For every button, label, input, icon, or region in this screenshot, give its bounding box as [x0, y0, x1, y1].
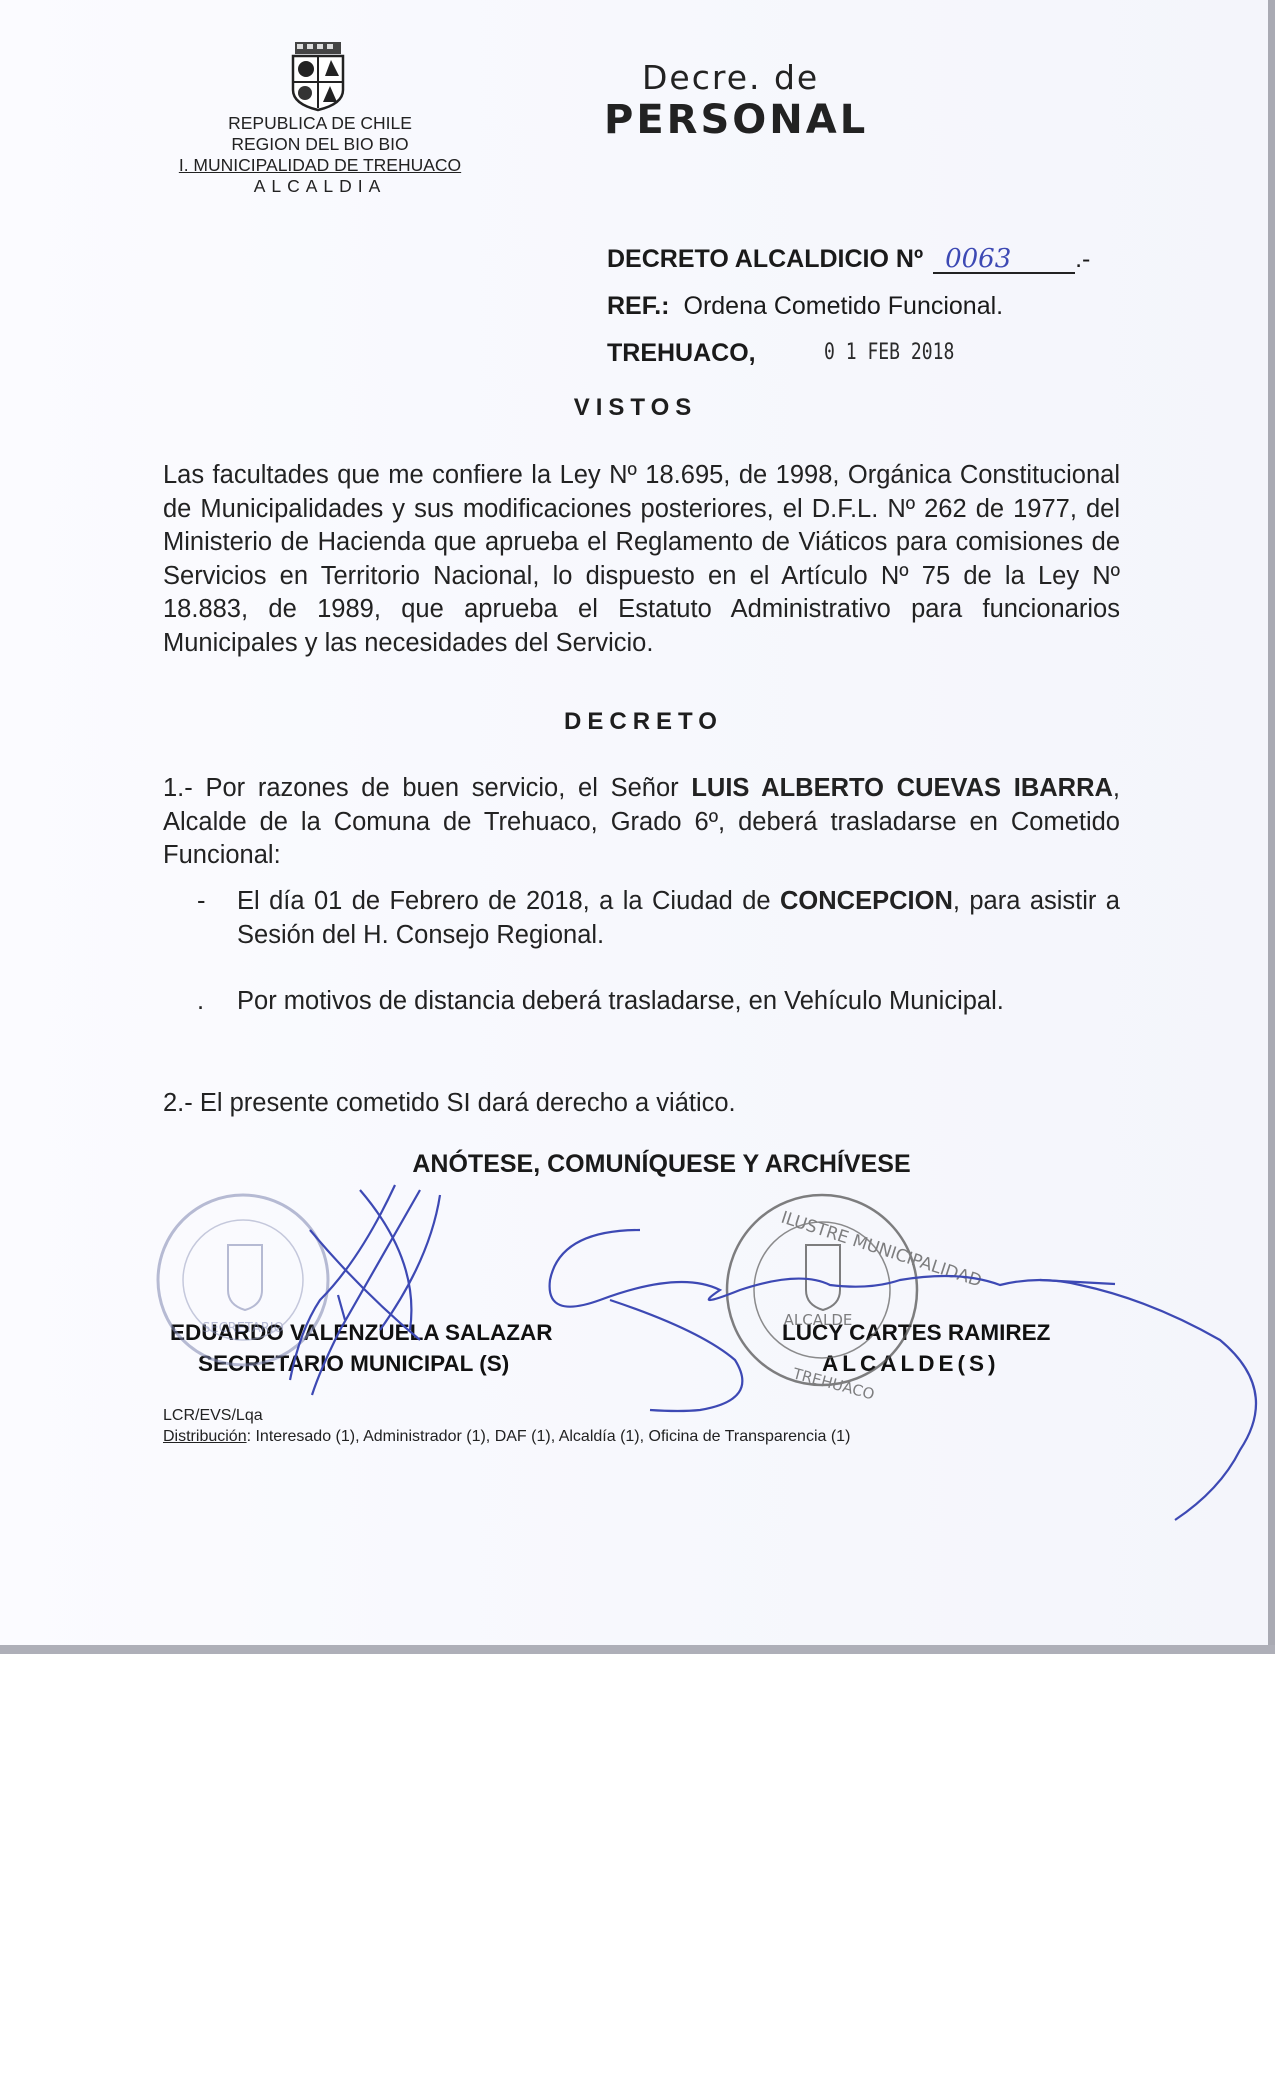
letterhead-country: REPUBLICA DE CHILE	[170, 113, 470, 134]
bullet-text: Por motivos de distancia deberá traslada…	[237, 985, 1120, 1019]
mayor-title: ALCALDE(S)	[822, 1351, 999, 1377]
typist-initials: LCR/EVS/Lqa	[163, 1407, 263, 1425]
decree-number-line: DECRETO ALCALDICIO Nº0063.-	[607, 245, 1090, 274]
decree-number-suffix: .-	[1075, 245, 1090, 273]
bullet-1-prefix: El día 01 de Febrero de 2018, a la Ciuda…	[237, 887, 780, 915]
city-line: TREHUACO,	[607, 339, 756, 368]
letterhead: REPUBLICA DE CHILE REGION DEL BIO BIO I.…	[170, 113, 470, 197]
secretary-title: SECRETARIO MUNICIPAL (S)	[198, 1351, 509, 1377]
personnel-decree-stamp: Decre. de PERSONAL	[604, 58, 868, 142]
municipal-coat-of-arms-icon	[285, 40, 351, 112]
bullet-text: El día 01 de Febrero de 2018, a la Ciuda…	[237, 885, 1120, 952]
bullet-marker: -	[197, 885, 206, 919]
city-label: TREHUACO,	[607, 339, 756, 367]
date-stamp: 0 1 FEB 2018	[824, 340, 954, 365]
item-1-prefix: 1.- Por razones de buen servicio, el Señ…	[163, 774, 691, 802]
distribution-label: Distribución	[163, 1428, 247, 1445]
decree-number: 0063	[933, 246, 1075, 274]
reference-label: REF.:	[607, 292, 670, 320]
distribution-list: Distribución: Interesado (1), Administra…	[163, 1428, 850, 1446]
vistos-heading: VISTOS	[0, 394, 1273, 422]
distribution-text: : Interesado (1), Administrador (1), DAF…	[247, 1428, 851, 1445]
vistos-paragraph: Las facultades que me confiere la Ley Nº…	[163, 459, 1120, 660]
letterhead-office: ALCALDIA	[170, 176, 470, 197]
bullet-vehicle: . Por motivos de distancia deberá trasla…	[197, 985, 1120, 1019]
official-name: LUIS ALBERTO CUEVAS IBARRA	[691, 774, 1113, 802]
scanned-page: REPUBLICA DE CHILE REGION DEL BIO BIO I.…	[0, 0, 1275, 1645]
letterhead-municipality: I. MUNICIPALIDAD DE TREHUACO	[170, 155, 470, 176]
destination-city: CONCEPCION	[780, 887, 953, 915]
decree-number-label: DECRETO ALCALDICIO Nº	[607, 245, 923, 273]
secretary-name: EDUARDO VALENZUELA SALAZAR	[170, 1320, 553, 1346]
bullet-marker: .	[197, 985, 204, 1019]
decree-item-2: 2.- El presente cometido SI dará derecho…	[163, 1087, 1120, 1121]
decree-item-1: 1.- Por razones de buen servicio, el Señ…	[163, 772, 1120, 873]
reference-line: REF.:Ordena Cometido Funcional.	[607, 292, 1003, 321]
reference-text: Ordena Cometido Funcional.	[684, 292, 1004, 320]
scan-edge	[0, 1645, 1275, 1654]
decreto-heading: DECRETO	[6, 708, 1275, 736]
stamp-line-2: PERSONAL	[604, 98, 868, 142]
mayor-name: LUCY CARTES RAMIREZ	[782, 1320, 1050, 1346]
closing-formula: ANÓTESE, COMUNÍQUESE Y ARCHÍVESE	[0, 1150, 1275, 1179]
bullet-trip-detail: - El día 01 de Febrero de 2018, a la Ciu…	[197, 885, 1120, 952]
letterhead-region: REGION DEL BIO BIO	[170, 134, 470, 155]
stamp-line-1: Decre. de	[604, 58, 868, 98]
